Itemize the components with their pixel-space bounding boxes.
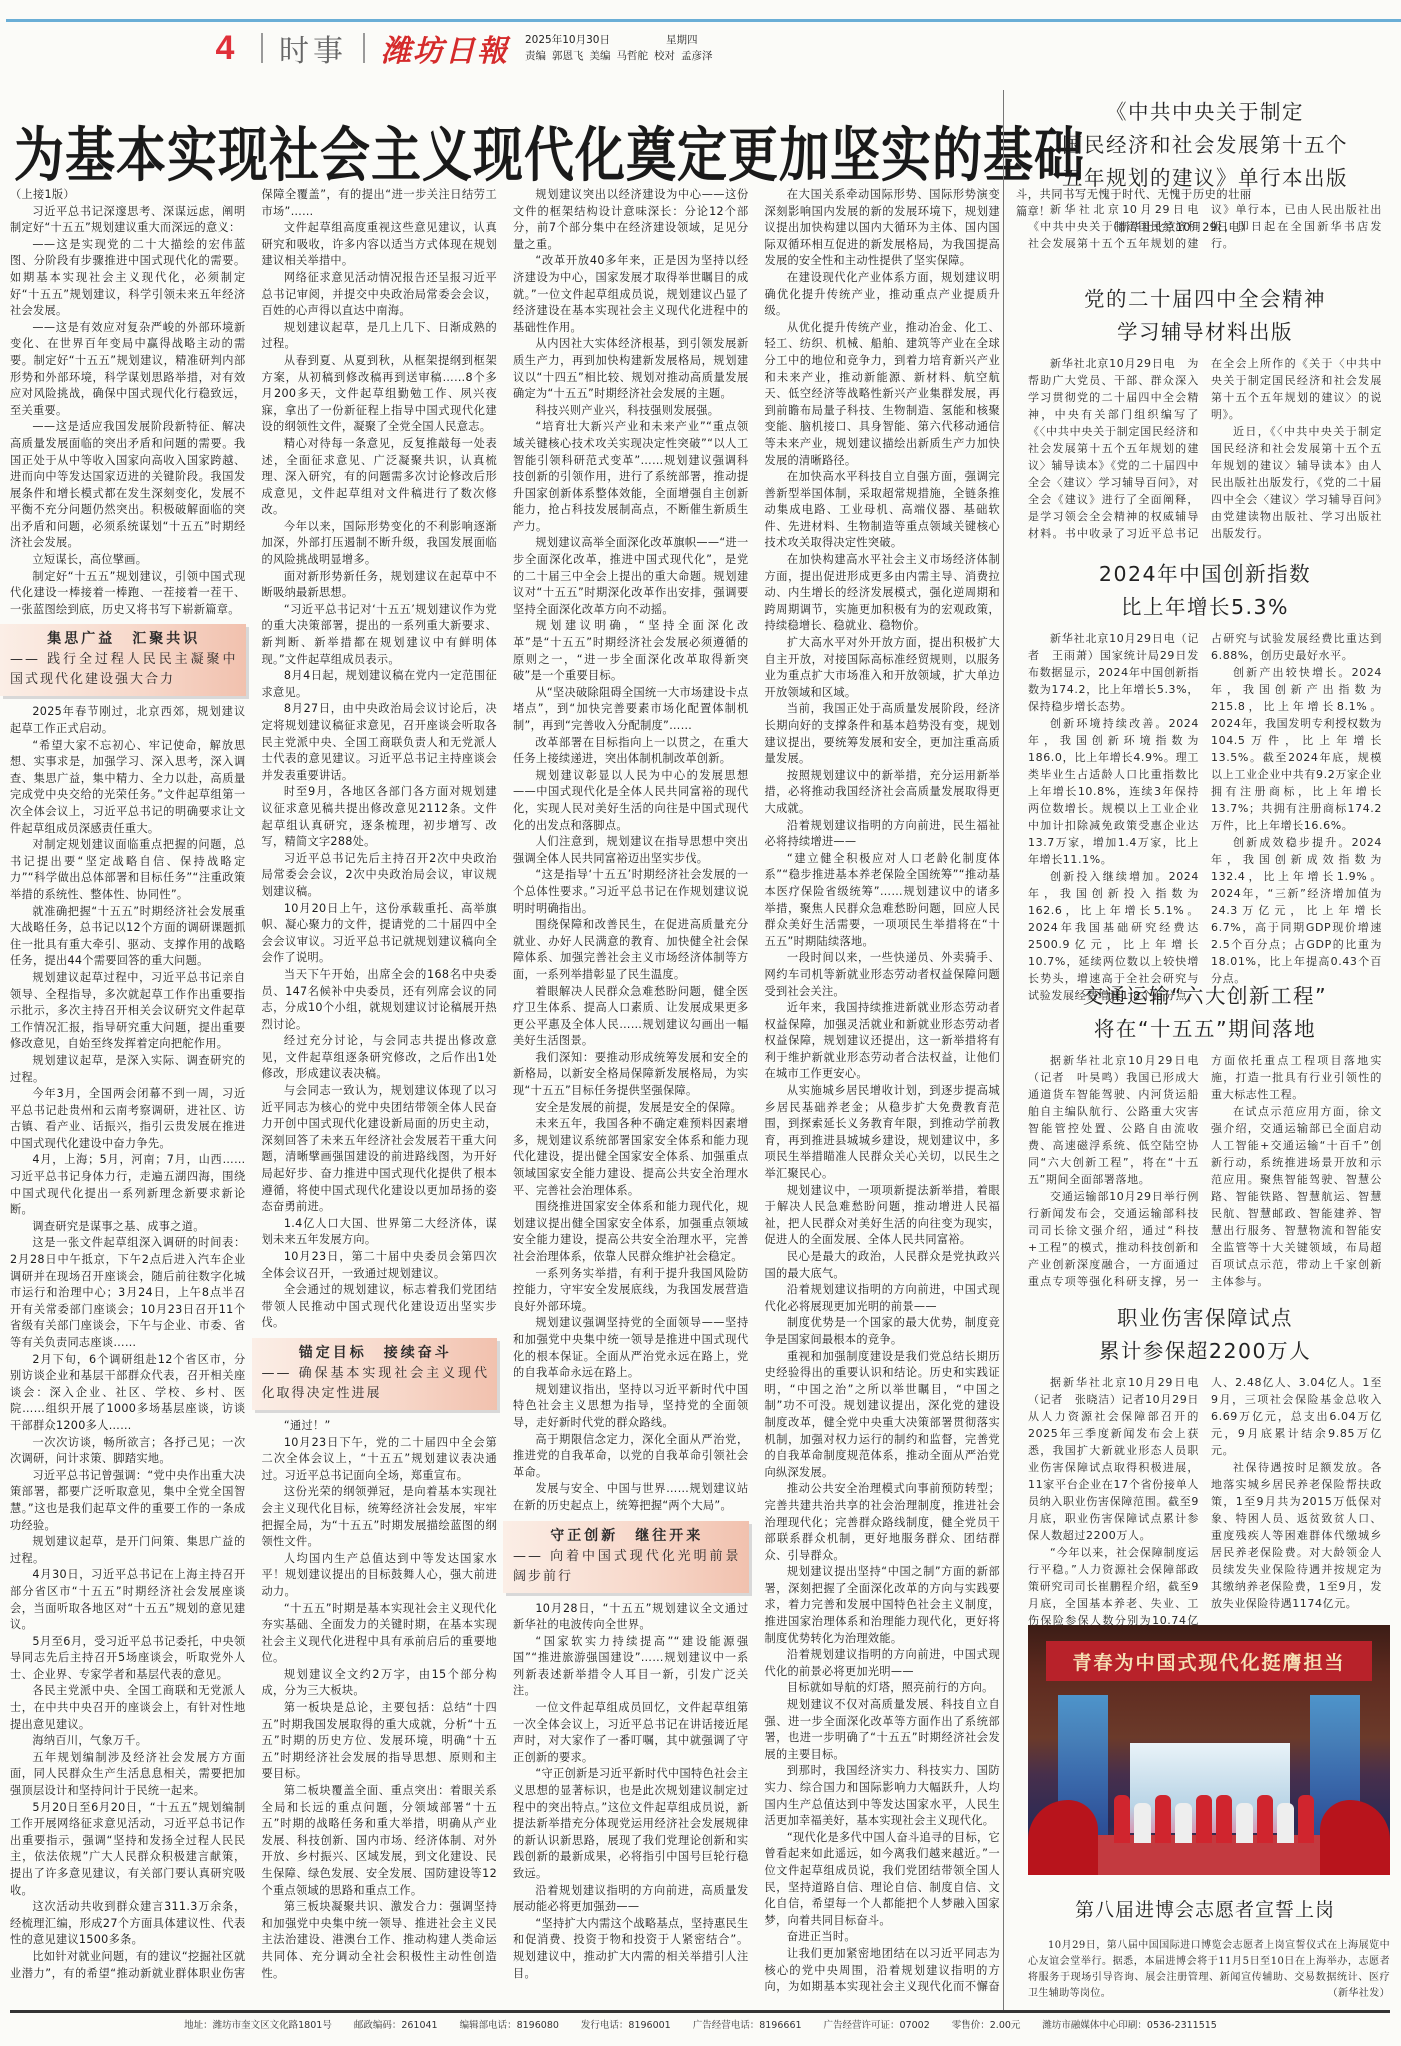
subhead: 守正创新 继往开来 —— 向着中国式现代化光明前景阔步前行 — [503, 1521, 749, 1593]
paragraph: 2025年春节刚过，北京西郊，规划建议起草工作正式启动。 — [10, 704, 246, 737]
news-brief: 职业伤害保障试点 累计参保超2200万人 据新华社北京10月29日电（记者 张晓… — [1020, 1302, 1390, 1629]
footer-item: 广告经营许可证：07002 — [824, 2017, 930, 2031]
footer-item: 编辑部电话：8196080 — [460, 2017, 559, 2031]
paragraph: 调查研究是谋事之基、成事之道。 — [10, 1219, 246, 1236]
paragraph: 沿着规划建议指明的方向前进，高质量发展动能必将更加强劲—— — [513, 1883, 749, 1916]
paragraph: 规划建议指出，坚持以习近平新时代中国特色社会主义思想为指导，坚持党的全面领导，走… — [513, 1382, 749, 1432]
paragraph: 第三板块凝聚共识、激发合力：强调坚持和加强党中央集中统一领导、推进社会主义民主法… — [262, 1899, 498, 1982]
footer-info: 地址：潍坊市奎文区文化路1801号邮政编码：261041编辑部电话：819608… — [0, 2017, 1401, 2031]
paragraph: 重视和加强制度建设是我们党总结长期历史经验得出的重要认识和结论。历史和实践证明，… — [765, 1349, 1001, 1482]
top-rule — [6, 19, 1401, 22]
continued-from: （上接1版） — [10, 187, 246, 204]
foreground-person — [1028, 1800, 1098, 1875]
subhead-title: 集思广益 汇聚共识 — [10, 628, 238, 650]
paragraph: 8月27日，由中央政治局会议讨论后，决定将规划建议稿征求意见，召开座谈会听取各民… — [262, 701, 498, 784]
paragraph: 按照规划建议中的新举措，充分运用新举措，必将推动我国经济社会高质量发展取得更大成… — [765, 768, 1001, 818]
paragraph: 规划建议中，一项项新提法新举措，着眼于解决人民急难愁盼问题，推动增进人民福祉，把… — [765, 1183, 1001, 1249]
paragraph: 习近平总书记先后主持召开2次中央政治局常委会会议，2次中央政治局会议，审议规划建… — [262, 851, 498, 901]
brief-body: 新华社北京10月29日电 为帮助广大党员、干部、群众深入学习贯彻党的二十届四中全… — [1020, 355, 1390, 542]
paragraph: 制度优势是一个国家的最大优势，制度竞争是国家间最根本的竞争。 — [765, 1315, 1001, 1348]
bottom-rule — [10, 2010, 1390, 2013]
paragraph: 今年以来，国际形势变化的不利影响逐渐加深，外部打压遏制不断升级，我国发展面临的风… — [262, 519, 498, 569]
paragraph: 未来五年，我国各种不确定难预料因素增多，规划建议系统部署国家安全体系和能力现代化… — [513, 1116, 749, 1199]
paragraph: 第二板块覆盖全面、重点突出：着眼关系全局和长远的重点问题，分领域部署“十五五”时… — [262, 1783, 498, 1899]
paragraph: 2月下旬，6个调研组赴12个省区市，分别访谈企业和基层干部群众代表，召开相关座谈… — [10, 1352, 246, 1435]
paragraph: 科技兴则产业兴，科技强则发展强。 — [513, 403, 749, 420]
paragraph: ——这是有效应对复杂严峻的外部环境新变化、在世界百年变局中赢得战略主动的需要。制… — [10, 320, 246, 420]
main-article-body: （上接1版） 习近平总书记深邃思考、深谋远虑，阐明制定好“十五五”规划建议重大而… — [10, 187, 1000, 1997]
paragraph: 4月，上海；5月，河南；7月，山西……习近平总书记身体力行，走遍五湖四海，围绕中… — [10, 1152, 246, 1218]
brief-body: 据新华社北京10月29日电（记者 张晓洁）记者10月29日从人力资源社会保障部召… — [1020, 1374, 1390, 1629]
page-number: 4 — [205, 29, 245, 68]
paragraph: 这份光荣的纲领弹冠，是向着基本实现社会主义现代化目标，统筹经济社会发展，牢牢把握… — [262, 1484, 498, 1550]
paragraph: 10月23日，第二十届中央委员会第四次全体会议召开，一致通过规划建议。 — [262, 1249, 498, 1282]
paragraph: 经过充分讨论，与会同志共提出修改意见，文件起草组逐条研究修改，之后作出1处修改，… — [262, 1033, 498, 1083]
paragraph: 规划建议明确，“坚持全面深化改革”是“十五五”时期经济社会发展必须遵循的原则之一… — [513, 618, 749, 684]
subhead-subtitle: —— 向着中国式现代化光明前景阔步前行 — [513, 1547, 741, 1587]
paragraph: 全会通过的规划建议，标志着我们党团结带领人民推动中国式现代化建设迈出坚实步伐。 — [262, 1282, 498, 1332]
paragraph: 从优化提升传统产业，推动冶金、化工、轻工、纺织、机械、船舶、建筑等产业在全球分工… — [765, 320, 1001, 469]
paragraph: 一次次访谈，畅所欲言；各抒己见；一次次调研，问计求策、脚踏实地。 — [10, 1435, 246, 1468]
paragraph: 人均国内生产总值达到中等发达国家水平！规划建议提出的目标鼓舞人心，强大前进动力。 — [262, 1551, 498, 1601]
editor-name: 郭恩飞 — [552, 48, 584, 64]
paragraph: 规划建议提出坚持“中国之制”方面的新部署，深刻把握了全面深化改革的方向与实践要求… — [765, 1564, 1001, 1647]
paragraph: 在大国关系牵动国际形势、国际形势演变深刻影响国内发展的新的发展环境下，规划建议提… — [765, 187, 1001, 270]
editor-role: 责编 — [525, 48, 546, 64]
paragraph: 规划建议起草，是深入实际、调查研究的过程。 — [10, 1053, 246, 1086]
paragraph: 立短谋长，高位擘画。 — [10, 552, 246, 569]
footer-item: 发行电话：8196001 — [581, 2017, 671, 2031]
paragraph: 这次活动共收到群众建言311.3万余条，经梳理汇编，形成27个方面具体建议性、代… — [10, 1899, 246, 1949]
paragraph: 着眼解决人民群众急难愁盼问题，健全医疗卫生体系、提高人口素质、让发展成果更多更公… — [513, 984, 749, 1050]
paragraph: 当天下午开始，出席全会的168名中央委员、147名候补中央委员，还有列席会议的同… — [262, 967, 498, 1033]
paragraph: 制定好“十五五”规划建议，引领中国式现代化建设一棒接着一棒跑、一茬接着一茬干、一… — [10, 569, 246, 619]
paragraph: 精心对待每一条意见，反复推敲每一处表述，全面征求意见、广泛凝聚共识，认真梳理、深… — [262, 436, 498, 519]
editor-role: 校对 — [654, 48, 675, 64]
paragraph: 各民主党派中央、全国工商联和无党派人士，在中共中央召开的座谈会上，有针对性地提出… — [10, 1683, 246, 1733]
paragraph: 围绕推进国家安全体系和能力现代化，规划建议提出健全国家安全体系，加强重点领域安全… — [513, 1199, 749, 1265]
paragraph: 在加快高水平科技自立自强方面，强调完善新型举国体制，采取超常规措施，全链条推动集… — [765, 469, 1001, 552]
news-brief: 《中共中央关于制定 国民经济和社会发展第十五个 五年规划的建议》单行本出版 新华… — [1020, 96, 1390, 252]
paragraph: 人们注意到，规划建议在指导思想中突出强调全体人民共同富裕迈出坚实步伐。 — [513, 834, 749, 867]
paragraph: 我们深知：要推动形成统筹发展和安全的新格局，以新安全格局保障新发展格局，为实现“… — [513, 1050, 749, 1100]
divider — [261, 33, 263, 63]
paragraph: 规划建议起草，是开门问策、集思广益的过程。 — [10, 1534, 246, 1567]
paragraph: “坚持扩大内需这个战略基点，坚持惠民生和促消费、投资于物和投资于人紧密结合”。规… — [513, 1916, 749, 1982]
paragraph: 规划建议彰显以人民为中心的发展思想——中国式现代化是全体人民共同富裕的现代化，实… — [513, 768, 749, 834]
paragraph: 沿着规划建议指明的方向前进，民生福祉必将持续增进—— — [765, 818, 1001, 851]
divider — [363, 33, 365, 63]
paragraph: 一系列务实举措，有利于提升我国风险防控能力，守牢安全发展底线，为我国发展营造良好… — [513, 1266, 749, 1316]
paragraph: 10月23日下午，党的二十届四中全会第二次全体会议上，“十五五”规划建议表决通过… — [262, 1435, 498, 1485]
paragraph: “习近平总书记对‘十五五’规划建议作为党的重大决策部署，提出的一系列重大新要求、… — [262, 602, 498, 668]
paragraph: “建立健全积极应对人口老龄化制度体系”“稳步推进基本养老保险全国统筹”“推动基本… — [765, 851, 1001, 951]
paragraph: 这是一张文件起草组深入调研的时间表：2月28日中午抵京，下午2点后进入汽车企业调… — [10, 1235, 246, 1351]
paragraph: 目标就如导航的灯塔，照亮前行的方向。 — [765, 1680, 1001, 1697]
paragraph: 习近平总书记深邃思考、深谋远虑，阐明制定好“十五五”规划建议重大而深远的意义： — [10, 204, 246, 237]
paragraph: ——这是实现党的二十大描绘的宏伟蓝图、分阶段有步骤推进中国式现代化的需要。如期基… — [10, 237, 246, 320]
paragraph: 一段时间以来，一些快递员、外卖骑手、网约车司机等新就业形态劳动者权益保障问题受到… — [765, 950, 1001, 1000]
paragraph: 规划建议起草过程中，习近平总书记亲自领导、全程指导，多次就起草工作作出重要指示批… — [10, 970, 246, 1053]
paragraph: 对制定规划建议面临重点把握的问题，总书记提出要“坚定战略自信、保持战略定力”“科… — [10, 837, 246, 903]
paragraph: “十五五”时期是基本实现社会主义现代化夯实基础、全面发力的关键时期，在基本实现社… — [262, 1601, 498, 1667]
paragraph: 习近平总书记曾强调：“党中央作出重大决策部署，都要广泛听取意见，集中全党全国智慧… — [10, 1468, 246, 1534]
main-headline: 为基本实现社会主义现代化奠定更加坚实的基础 — [14, 108, 989, 193]
footer-item: 广告经营电话：8196661 — [693, 2017, 802, 2031]
paragraph: 围绕保障和改善民生，在促进高质量充分就业、办好人民满意的教育、加快健全社会保障体… — [513, 917, 749, 983]
paragraph: 第一板块是总论，主要包括：总结“十四五”时期我国发展取得的重大成就，分析“十五五… — [262, 1700, 498, 1783]
paragraph: 奋进正当时。 — [765, 1929, 1001, 1946]
paragraph: 沿着规划建议指明的方向前进，中国式现代化必将展现更加光明的前景—— — [765, 1282, 1001, 1315]
section-name: 时事 — [279, 26, 347, 70]
paragraph: 从“坚决破除阻碍全国统一大市场建设卡点堵点”，到“加快完善要素市场化配置体制机制… — [513, 685, 749, 735]
news-brief: 交通运输“六大创新工程” 将在“十五五”期间落地 据新华社北京10月29日电（记… — [1020, 980, 1390, 1290]
news-brief: 2024年中国创新指数 比上年增长5.3% 新华社北京10月29日电（记者 王雨… — [1020, 558, 1390, 1004]
paragraph: 安全是发展的前提，发展是安全的保障。 — [513, 1100, 749, 1117]
editor-name: 马哲舵 — [617, 48, 649, 64]
paragraph: 规划建议强调坚持党的全面领导——坚持和加强党中央集中统一领导是推进中国式现代化的… — [513, 1315, 749, 1381]
photo-caption: 10月29日，第八届中国国际进口博览会志愿者上岗宣誓仪式在上海展览中心友谊会堂举… — [1028, 1938, 1390, 2002]
brief-headline: 2024年中国创新指数 比上年增长5.3% — [1020, 558, 1390, 624]
issue-weekday: 星期四 — [666, 32, 698, 48]
paragraph: 从内因社大实体经济根基，到引领发展新质生产力，再到加快构建新发展格局，规划建议以… — [513, 336, 749, 402]
volunteers — [1114, 1785, 1314, 1843]
paragraph: 4月30日，习近平总书记在上海主持召开部分省区市“十五五”时期经济社会发展座谈会… — [10, 1567, 246, 1633]
paragraph: “现代化是多代中国人奋斗追寻的目标，它曾看起来如此遥远，如今离我们越来越近。”一… — [765, 1830, 1001, 1930]
paragraph: 近年来，我国持续推进新就业形态劳动者权益保障，加强灵活就业和新就业形态劳动者权益… — [765, 1000, 1001, 1083]
paragraph: 规划建议全文约2万字，由15个部分构成，分为三大板块。 — [262, 1667, 498, 1700]
paragraph: “这是指导‘十五五’时期经济社会发展的一个总体性要求。”习近平总书记在作规划建议… — [513, 867, 749, 917]
news-brief: 党的二十届四中全会精神 学习辅导材料出版 新华社北京10月29日电 为帮助广大党… — [1020, 283, 1390, 542]
paragraph: “希望大家不忘初心、牢记使命，解放思想、实事求是，加强学习、深入思考，深入调查、… — [10, 738, 246, 838]
paragraph: 在建设现代化产业体系方面，规划建议明确优化提升传统产业，推动重点产业提质升级。 — [765, 270, 1001, 320]
brief-headline: 《中共中央关于制定 国民经济和社会发展第十五个 五年规划的建议》单行本出版 — [1020, 96, 1390, 195]
brief-body: 新华社北京10月29日电（记者 王雨萧）国家统计局29日发布数据显示，2024年… — [1020, 630, 1390, 1004]
paragraph: 高于期限信念定力，深化全面从严治党，推进党的自我革命，以党的自我革命引领社会革命… — [513, 1432, 749, 1482]
masthead: 4 时事 潍坊日報 2025年10月30日 星期四 责编 郭恩飞 美编 马哲舵 … — [205, 28, 713, 68]
photo-headline: 第八届进博会志愿者宣誓上岗 — [1020, 1895, 1390, 1922]
footer-item: 邮政编码：261041 — [354, 2017, 438, 2031]
subhead: 集思广益 汇聚共识 —— 践行全过程人民民主凝聚中国式现代化建设强大合力 — [0, 624, 246, 696]
photo-credit: （新华社发） — [1308, 1986, 1390, 2002]
paragraph: 5月至6月，受习近平总书记委托，中央领导同志先后主持召开5场座谈会，听取党外人士… — [10, 1634, 246, 1684]
footer-item: 潍坊市融媒体中心印刷：0536-2311515 — [1042, 2017, 1216, 2031]
paragraph: 改革部署在目标指向上一以贯之，在重大任务上接续递进，突出体制机制改革创新。 — [513, 735, 749, 768]
paragraph: 在加快构建高水平社会主义市场经济体制方面，提出促进形成更多由内需主导、消费拉动、… — [765, 552, 1001, 635]
paragraph: 今年3月，全国两会闭幕不到一周，习近平总书记赴贵州和云南考察调研，进社区、访古镇… — [10, 1086, 246, 1152]
newspaper-logo: 潍坊日報 — [381, 26, 509, 70]
footer-item: 零售价：2.00元 — [952, 2017, 1021, 2031]
paragraph: “培育壮大新兴产业和未来产业”“重点领域关键核心技术攻关实现决定性突破”“以人工… — [513, 419, 749, 535]
photo-banner-text: 青春为中国式现代化挺膺担当 — [1046, 1641, 1372, 1681]
paragraph: “通过！” — [262, 1418, 498, 1435]
paragraph: “改革开放40多年来，正是因为坚持以经济建设为中心，国家发展才取得举世瞩目的成就… — [513, 253, 749, 336]
paragraph: “守正创新是习近平新时代中国特色社会主义思想的显著标识，也是此次规划建议制定过程… — [513, 1766, 749, 1882]
issue-date: 2025年10月30日 — [525, 32, 610, 48]
paragraph: 规划建议突出以经济建设为中心——这份文件的框架结构设计意味深长：分论12个部分，… — [513, 187, 749, 253]
paragraph: 规划建议起草，是几上几下、日渐成熟的过程。 — [262, 320, 498, 353]
editor-name: 孟彦泽 — [681, 48, 713, 64]
paragraph: 发展与安全、中国与世界……规划建议站在新的历史起点上，统筹把握“两个大局”。 — [513, 1481, 749, 1514]
subhead-title: 锚定目标 接续奋斗 — [262, 1342, 490, 1364]
brief-body: 新华社北京10月29日电 《中共中央关于制定国民经济和社会发展第十五个五年规划的… — [1020, 201, 1390, 252]
paragraph: “国家软实力持续提高”“建设能源强国”“推进旅游强国建设”……规划建议中一系列新… — [513, 1634, 749, 1700]
footer-item: 地址：潍坊市奎文区文化路1801号 — [184, 2017, 332, 2031]
paragraph: 10月28日，“十五五”规划建议全文通过新华社的电波传向全世界。 — [513, 1601, 749, 1634]
paragraph: 1.4亿人口大国、世界第二大经济体，谋划未来五年发展方向。 — [262, 1216, 498, 1249]
paragraph: 与会同志一致认为，规划建议体现了以习近平同志为核心的党中央团结带领全体人民奋力开… — [262, 1083, 498, 1216]
brief-headline: 职业伤害保障试点 累计参保超2200万人 — [1020, 1302, 1390, 1368]
issue-meta: 2025年10月30日 星期四 责编 郭恩飞 美编 马哲舵 校对 孟彦泽 — [525, 32, 713, 64]
paragraph: 推动公共安全治理模式向事前预防转型；完善共建共治共享的社会治理制度，推进社会治理… — [765, 1481, 1001, 1564]
main-article: 为基本实现社会主义现代化奠定更加坚实的基础 （上接1版） 习近平总书记深邃思考、… — [0, 90, 1005, 2010]
paragraph: 从实施城乡居民增收计划，到逐步提高城乡居民基础养老金；从稳步扩大免费教育范围，到… — [765, 1083, 1001, 1183]
subhead-subtitle: —— 确保基本实现社会主义现代化取得决定性进展 — [262, 1364, 490, 1404]
paragraph: 海纳百川，气象万千。 — [10, 1733, 246, 1750]
subhead: 锚定目标 接续奋斗 —— 确保基本实现社会主义现代化取得决定性进展 — [252, 1338, 498, 1410]
news-photo: 青春为中国式现代化挺膺担当 — [1028, 1625, 1390, 1875]
paragraph: 从春到夏、从夏到秋，从框架提纲到框架方案，从初稿到修改稿再到送审稿……8个多月2… — [262, 353, 498, 436]
subhead-subtitle: —— 践行全过程人民民主凝聚中国式现代化建设强大合力 — [10, 650, 238, 690]
paragraph: 规划建议高举全面深化改革旗帜——“进一步全面深化改革，推进中国式现代化”，是党的… — [513, 535, 749, 618]
paragraph: ——这是适应我国发展阶段新特征、解决高质量发展面临的突出矛盾和问题的需要。我国正… — [10, 419, 246, 552]
editor-role: 美编 — [590, 48, 611, 64]
column-divider — [1003, 90, 1004, 2010]
paragraph: 当前，我国正处于高质量发展阶段，经济长期向好的支撑条件和基本趋势没有变，规划建议… — [765, 701, 1001, 767]
paragraph: 规划建议不仅对高质量发展、科技自立自强、进一步全面深化改革等方面作出了系统部署，… — [765, 1697, 1001, 1763]
paragraph: 扩大高水平对外开放方面，提出积极扩大自主开放，对接国际高标准经贸规则，以服务业为… — [765, 635, 1001, 701]
paragraph: 10月20日上午，这份承载重托、高举旗帜、凝心聚力的文件，提请党的二十届四中全会… — [262, 901, 498, 967]
paragraph: 5月20日至6月20日，“十五五”规划编制工作开展网络征求意见活动，习近平总书记… — [10, 1800, 246, 1900]
paragraph: 沿着规划建议指明的方向前进，中国式现代化的前景必将更加光明—— — [765, 1647, 1001, 1680]
brief-headline: 党的二十届四中全会精神 学习辅导材料出版 — [1020, 283, 1390, 349]
paragraph: 五年规划编制涉及经济社会发展方方面面，同人民群众生产生活息息相关，需要把加强顶层… — [10, 1750, 246, 1800]
paragraph: 一位文件起草组成员回忆，文件起草组第一次全体会议上，习近平总书记在讲话接近尾声时… — [513, 1700, 749, 1766]
paragraph: 网络征求意见活动情况报告还呈报习近平总书记审阅，并提交中央政治局常委会会议，百姓… — [262, 270, 498, 320]
brief-body: 据新华社北京10月29日电（记者 叶昊鸣）我国已形成大通道货车智能驾驶、内河货运… — [1020, 1052, 1390, 1290]
subhead-title: 守正创新 继往开来 — [513, 1525, 741, 1547]
paragraph: 就准确把握“十五五”时期经济社会发展重大战略任务，总书记以12个方面的调研课题抓… — [10, 904, 246, 970]
paragraph: 到那时，我国经济实力、科技实力、国防实力、综合国力和国际影响力大幅跃升，人均国内… — [765, 1763, 1001, 1829]
paragraph: 文件起草组高度重视这些意见建议，认真研究和吸收，许多内容以适当方式体现在规划建议… — [262, 220, 498, 270]
foreground-person — [1320, 1800, 1390, 1875]
paragraph: 8月4日起，规划建议稿在党内一定范围征求意见。 — [262, 668, 498, 701]
paragraph: 面对新形势新任务，规划建议在起草中不断吸纳最新思想。 — [262, 569, 498, 602]
paragraph: 时至9月，各地区各部门各方面对规划建议征求意见稿共提出修改意见2112条。文件起… — [262, 784, 498, 850]
paragraph: 民心是最大的政治，人民群众是党执政兴国的最大底气。 — [765, 1249, 1001, 1282]
brief-headline: 交通运输“六大创新工程” 将在“十五五”期间落地 — [1020, 980, 1390, 1046]
